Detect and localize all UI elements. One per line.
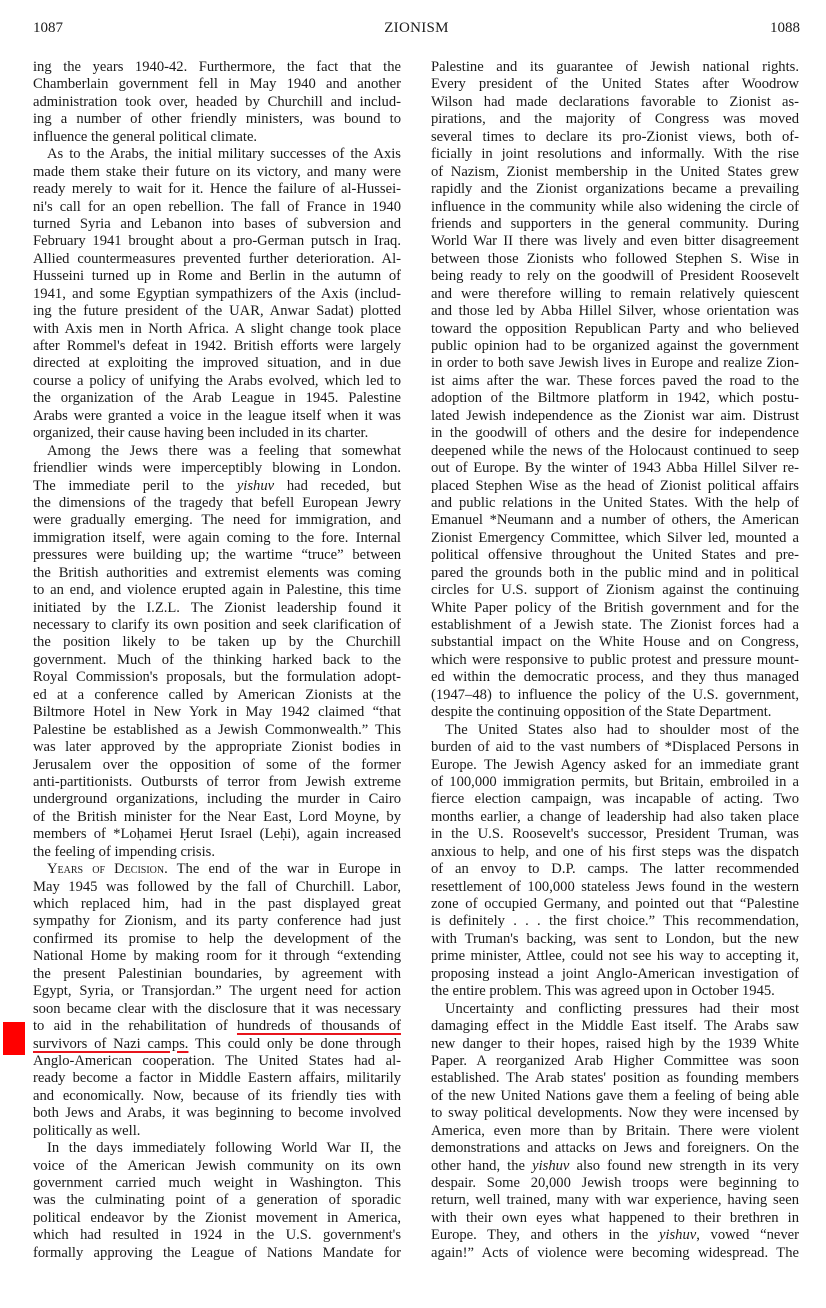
underlined-passage: hundreds of thousands of: [237, 1018, 401, 1034]
highlighted-line: survivors of Nazi camps. This could only…: [33, 1036, 401, 1053]
text-line: course a policy of unifying the Arabs ev…: [33, 373, 401, 390]
text-line: organized, their cause having been inclu…: [33, 425, 401, 442]
text-line: necessary to clarify its own position an…: [33, 617, 401, 634]
text-line: deepened while the news of the Holocaust…: [431, 443, 799, 460]
text-line: Paper. A reorganized Arab Higher Committ…: [431, 1053, 799, 1070]
page-header: 1087 ZIONISM 1088: [33, 20, 800, 42]
text-line: of the British minister for the Near Eas…: [33, 809, 401, 826]
text-line: pressures were building up; the wartime …: [33, 547, 401, 564]
italic-term-yishuv: yishuv: [659, 1227, 696, 1243]
text-line: was later approved by the appropriate Zi…: [33, 739, 401, 756]
text-line: and were therefore willing to remain rel…: [431, 286, 799, 303]
text-line: Royal Commission's proposals, but the fo…: [33, 669, 401, 686]
text-line: Allied countermeasures prevented further…: [33, 251, 401, 268]
text-line: pared the grounds both in the public min…: [431, 565, 799, 582]
text-line: Emanuel *Neumann and a number of others,…: [431, 512, 799, 529]
text-line: National Home by making room for it thro…: [33, 948, 401, 965]
text-line: which had resulted in 1924 in the U.S. g…: [33, 1227, 401, 1244]
text-line: proposing instead a joint Anglo-American…: [431, 966, 799, 983]
text-line: Palestine be established as a Jewish Com…: [33, 722, 401, 739]
text-line: Wilson had made declarations favorable t…: [431, 94, 799, 111]
text-line: in the U.S. Roosevelt's successor, Presi…: [431, 826, 799, 843]
text-line: May 1945 was followed by the fall of Chu…: [33, 879, 401, 896]
text-line: between those Zionists who followed Step…: [431, 251, 799, 268]
text-segment: had receded, but: [274, 478, 401, 494]
text-line: with Truman's backing, was sent to Londo…: [431, 931, 799, 948]
text-line: fierce election campaign, was incapable …: [431, 791, 799, 808]
text-line: influence in the community while also wi…: [431, 199, 799, 216]
text-line: which replaced him, had in the past disp…: [33, 896, 401, 913]
paragraph-start: The United States also had to shoulder m…: [431, 722, 799, 739]
text-line: underground organizations, including the…: [33, 791, 401, 808]
text-line: zone of occupied Germany, and pointed ou…: [431, 896, 799, 913]
text-line: politically as well.: [33, 1123, 401, 1140]
right-column: Palestine and its guarantee of Jewish na…: [431, 59, 799, 1262]
text-line: resettlement of 100,000 stateless Jews f…: [431, 879, 799, 896]
text-line: despite the continuing opposition of the…: [431, 704, 799, 721]
text-line: established. The Arab states' position a…: [431, 1070, 799, 1087]
text-line: circles for U.S. support of Zionism agai…: [431, 582, 799, 599]
paragraph-start: As to the Arabs, the initial military su…: [33, 146, 401, 163]
text-line: prime minister, Attlee, could not see hi…: [431, 948, 799, 965]
text-segment: other hand, the: [431, 1158, 532, 1174]
text-line: the British authorities and extremist el…: [33, 565, 401, 582]
text-line: formally approving the League of Nations…: [33, 1245, 401, 1262]
text-line: several times to declare its pro-Zionist…: [431, 129, 799, 146]
text-line: in order to both save Jewish lives in Eu…: [431, 355, 799, 372]
text-line: months earlier, a change of leadership h…: [431, 809, 799, 826]
text-line: voice of the American Jewish community o…: [33, 1158, 401, 1175]
text-line: Chamberlain government fell in May 1940 …: [33, 76, 401, 93]
text-line: anti-partitionists. Outbursts of terror …: [33, 774, 401, 791]
text-line: Jerusalem over the opposition of some of…: [33, 757, 401, 774]
text-line: members of *Loḥamei Ḥerut Israel (Leḥi),…: [33, 826, 401, 843]
text-line: the position likely to be taken up by th…: [33, 634, 401, 651]
text-line: ing the years 1940-42. Furthermore, the …: [33, 59, 401, 76]
text-line: new danger to their hopes, raised high b…: [431, 1036, 799, 1053]
text-line: ready merely to wait for it. Hence the f…: [33, 181, 401, 198]
text-line: ed within the democratic process, and th…: [431, 669, 799, 686]
text-line: the organization of the Arab League in 1…: [33, 390, 401, 407]
text-line: 1941, and some Egyptian sympathizers of …: [33, 286, 401, 303]
text-line: Europe. The Jewish Agency asked for an i…: [431, 757, 799, 774]
text-line: in the goodwill of others and the desire…: [431, 425, 799, 442]
text-line: Palestine and its guarantee of Jewish na…: [431, 59, 799, 76]
text-segment: . The end of the war in Europe in: [164, 861, 401, 877]
text-line: being ready to rely on the goodwill of P…: [431, 268, 799, 285]
text-line: placed Stephen Wise as the head of Zioni…: [431, 478, 799, 495]
text-line: ni's call for an open rebellion. The fal…: [33, 199, 401, 216]
paragraph-start: In the days immediately following World …: [33, 1140, 401, 1157]
text-line: public opinion had to be organized again…: [431, 338, 799, 355]
text-line: of an envoy to D.P. camps. The latter re…: [431, 861, 799, 878]
text-line: return, well trained, many with war expe…: [431, 1192, 799, 1209]
text-line: influence the general political climate.: [33, 129, 401, 146]
text-line: with Axis men in North Africa. A slight …: [33, 321, 401, 338]
text-line: political endeavor by the Zionist moveme…: [33, 1210, 401, 1227]
text-line: substantial impact on the White House an…: [431, 634, 799, 651]
text-line: the dimensions of the tragedy that befel…: [33, 495, 401, 512]
text-line: adoption of the Biltmore platform in 194…: [431, 390, 799, 407]
paragraph-start: Uncertainty and conflicting pressures ha…: [431, 1001, 799, 1018]
paragraph-start: Among the Jews there was a feeling that …: [33, 443, 401, 460]
text-line: to an end, and violence erupted again in…: [33, 582, 401, 599]
text-line: directed at exploiting the improved situ…: [33, 355, 401, 372]
text-line: of Nazism, Zionist membership in the Uni…: [431, 164, 799, 181]
section-heading-years-of-decision: Years of Decision: [47, 861, 164, 877]
text-line: soon became clear with the disclosure th…: [33, 1001, 401, 1018]
text-line: were gradually emerging. The need for im…: [33, 512, 401, 529]
text-line: sympathy for Zionism, and its party conf…: [33, 913, 401, 930]
text-line: ing the future president of the UAR, Anw…: [33, 303, 401, 320]
text-line: confirmed its promise to help the develo…: [33, 931, 401, 948]
text-line: Biltmore Hotel in New York in May 1942 c…: [33, 704, 401, 721]
text-line: the present Palestinian boundaries, by a…: [33, 966, 401, 983]
text-line: friendlier winds were imperceptibly blow…: [33, 460, 401, 477]
text-line: ing a number of other friendly ministers…: [33, 111, 401, 128]
text-line: America, even more than by Britain. Ther…: [431, 1123, 799, 1140]
text-line: The immediate peril to the yishuv had re…: [33, 478, 401, 495]
text-line: despair. Some 20,000 Jewish troops were …: [431, 1175, 799, 1192]
text-line: other hand, the yishuv also found new st…: [431, 1158, 799, 1175]
text-line: was the culminating point of a generatio…: [33, 1192, 401, 1209]
text-line: and public relations in the United State…: [431, 495, 799, 512]
right-page-number: 1088: [770, 20, 800, 37]
text-line: political offensive throughout the Unite…: [431, 547, 799, 564]
text-segment: The immediate peril to the: [33, 478, 237, 494]
text-line: damaging effect in the Middle East itsel…: [431, 1018, 799, 1035]
text-line: ficially in joint resolutions and inform…: [431, 146, 799, 163]
underlined-passage: survivors of Nazi camps.: [33, 1036, 188, 1052]
text-line: rapidly and the Zionist organizations be…: [431, 181, 799, 198]
section-heading-line: Years of Decision. The end of the war in…: [33, 861, 401, 878]
text-line: out of Europe. By the winter of 1943 Abb…: [431, 460, 799, 477]
text-line: which were responsive to public protest …: [431, 652, 799, 669]
text-segment: This could only be done through: [188, 1036, 401, 1052]
text-line: burden of aid to the vast numbers of *Di…: [431, 739, 799, 756]
text-line: and those led by Abba Hillel Silver, who…: [431, 303, 799, 320]
text-line: ist aims after the war. These forces pav…: [431, 373, 799, 390]
text-line: government. Much of the thinking harked …: [33, 652, 401, 669]
text-line: the entire problem. This was agreed upon…: [431, 983, 799, 1000]
text-segment: also found new strength in its very: [569, 1158, 799, 1174]
text-line: initiated by the I.Z.L. The Zionist lead…: [33, 600, 401, 617]
text-line: friends and supporters in the general co…: [431, 216, 799, 233]
text-line: Husseini turned up in Rome and Berlin in…: [33, 268, 401, 285]
text-line: Arabs were granted a voice in the league…: [33, 408, 401, 425]
text-line: ready become a factor in Middle Eastern …: [33, 1070, 401, 1087]
text-segment: , vowed “never: [696, 1227, 799, 1243]
red-annotation-marker: [3, 1022, 25, 1055]
italic-term-yishuv: yishuv: [532, 1158, 569, 1174]
text-line: of 100,000 immigration permits, but Brit…: [431, 774, 799, 791]
text-line: is definitely . . . the first choice.” T…: [431, 913, 799, 930]
text-line: of the new United Nations gave them a fe…: [431, 1088, 799, 1105]
text-line: pirations, and the majority of Congress …: [431, 111, 799, 128]
text-line: Anglo-American cooperation. The United S…: [33, 1053, 401, 1070]
text-line: both Jews and Arabs, it was beginning to…: [33, 1105, 401, 1122]
text-line: after Rommel's defeat in 1942. British e…: [33, 338, 401, 355]
text-line: toward the opposition Republican Party a…: [431, 321, 799, 338]
left-column: ing the years 1940-42. Furthermore, the …: [33, 59, 401, 1262]
text-line: Zionist Emergency Committee, which Silve…: [431, 530, 799, 547]
text-line: Europe. They, and others in the yishuv, …: [431, 1227, 799, 1244]
text-line: with their own eyes what happened to the…: [431, 1210, 799, 1227]
highlighted-line: to aid in the rehabilitation of hundreds…: [33, 1018, 401, 1035]
text-line: World War II there was lively and even b…: [431, 233, 799, 250]
text-line: immigration itself, were again coming to…: [33, 530, 401, 547]
text-line: Every president of the United States aft…: [431, 76, 799, 93]
text-line: February 1941 brought about a pro-German…: [33, 233, 401, 250]
text-line: (1947–48) to influence the policy of the…: [431, 687, 799, 704]
text-line: government carried much weight in Washin…: [33, 1175, 401, 1192]
text-line: and economically. Now, because of its fr…: [33, 1088, 401, 1105]
text-line: lated Jewish independence as the Zionist…: [431, 408, 799, 425]
text-line: White Paper policy of the British govern…: [431, 600, 799, 617]
text-line: administration took over, headed by Chur…: [33, 94, 401, 111]
text-segment: to aid in the rehabilitation of: [33, 1018, 237, 1034]
text-line: to sway political developments. Now they…: [431, 1105, 799, 1122]
text-line: again!” Acts of violence were becoming w…: [431, 1245, 799, 1262]
text-segment: Europe. They, and others in the: [431, 1227, 659, 1243]
text-line: made them stake their future on its vict…: [33, 164, 401, 181]
text-line: turned Syria and Lebanon into bases of s…: [33, 216, 401, 233]
italic-term-yishuv: yishuv: [237, 478, 274, 494]
text-line: establishment of a Jewish state. The Zio…: [431, 617, 799, 634]
text-line: demonstrations and attacks on Jews and f…: [431, 1140, 799, 1157]
text-line: the feeling of impending crisis.: [33, 844, 401, 861]
text-line: ed at a conference called by American Zi…: [33, 687, 401, 704]
text-line: Egypt, Syria, or Transjordan.” The urgen…: [33, 983, 401, 1000]
running-title: ZIONISM: [33, 20, 800, 37]
text-line: anxious to help, and one of his first st…: [431, 844, 799, 861]
